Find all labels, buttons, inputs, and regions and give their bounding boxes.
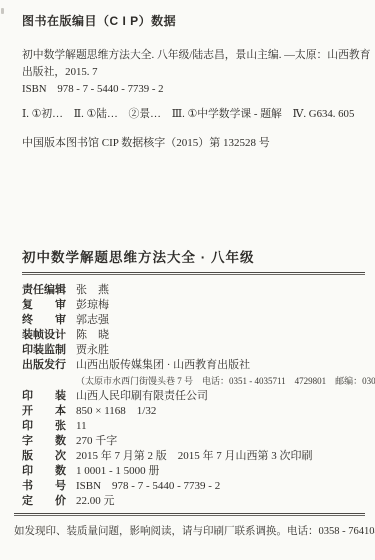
- publishing-label: 字 数: [22, 434, 70, 449]
- cip-record-line1: 初中数学解题思维方法大全. 八年级/陆志昌，景山主编. —太原：山西教育: [22, 47, 365, 64]
- publishing-value: 11: [76, 419, 87, 434]
- staff-label: 终 审: [22, 313, 70, 328]
- publishing-label: 书 号: [22, 479, 70, 494]
- bottom-divider-rule: [14, 513, 365, 516]
- publishing-value: 山西人民印刷有限责任公司: [76, 389, 208, 404]
- publishing-row: 印 数 1 0001 - 1 5000 册: [22, 464, 365, 479]
- publishing-label: 开 本: [22, 404, 70, 419]
- publishing-row: 印 张 11: [22, 419, 365, 434]
- title-divider-rule: [22, 272, 365, 275]
- book-title: 初中数学解题思维方法大全 · 八年级: [22, 246, 365, 266]
- publishing-label: 定 价: [22, 494, 70, 509]
- publishing-value: 山西出版传媒集团 · 山西教育出版社: [76, 358, 250, 373]
- publishing-row: 字 数 270 千字: [22, 434, 365, 449]
- cip-record-line2: 出版社，2015. 7: [22, 64, 365, 81]
- publishing-row: 定 价 22.00 元: [22, 494, 365, 509]
- staff-label: 印装监制: [22, 343, 70, 358]
- staff-row: 终 审 郭志强: [22, 313, 365, 328]
- staff-label: 责任编辑: [22, 283, 70, 298]
- publishing-value: 2015 年 7 月第 2 版 2015 年 7 月山西第 3 次印刷: [76, 449, 313, 464]
- publisher-address-note: （太原市水西门街馒头巷 7 号 电话：0351 - 4035711 472980…: [22, 373, 365, 389]
- publishing-value: ISBN 978 - 7 - 5440 - 7739 - 2: [76, 479, 220, 494]
- staff-row: 装帧设计 陈 晓: [22, 328, 365, 343]
- staff-value: 彭琼梅: [76, 298, 109, 313]
- publishing-label: 版 次: [22, 449, 70, 464]
- staff-value: 贾永胜: [76, 343, 109, 358]
- publishing-row: 印 装 山西人民印刷有限责任公司: [22, 389, 365, 404]
- publishing-label: 印 装: [22, 389, 70, 404]
- publishing-details: 出版发行 山西出版传媒集团 · 山西教育出版社 （太原市水西门街馒头巷 7 号 …: [22, 358, 365, 509]
- staff-label: 复 审: [22, 298, 70, 313]
- staff-credits: 责任编辑 张 燕 复 审 彭琼梅 终 审 郭志强 装帧设计 陈 晓 印装监制 贾…: [22, 283, 365, 358]
- publishing-value: 1 0001 - 1 5000 册: [76, 464, 159, 479]
- cip-registry-line: 中国版本图书馆 CIP 数据核字（2015）第 132528 号: [22, 135, 365, 152]
- cip-record: 初中数学解题思维方法大全. 八年级/陆志昌，景山主编. —太原：山西教育 出版社…: [22, 47, 365, 98]
- cip-header: 图书在版编目（C I P）数据: [22, 12, 365, 29]
- staff-value: 张 燕: [76, 283, 109, 298]
- scan-artifact: [1, 8, 4, 14]
- publishing-label: 印 张: [22, 419, 70, 434]
- staff-label: 装帧设计: [22, 328, 70, 343]
- publishing-row: 版 次 2015 年 7 月第 2 版 2015 年 7 月山西第 3 次印刷: [22, 449, 365, 464]
- publishing-label: 出版发行: [22, 358, 70, 373]
- publishing-value: 850 × 1168 1/32: [76, 404, 156, 419]
- staff-row: 印装监制 贾永胜: [22, 343, 365, 358]
- publishing-value: 270 千字: [76, 434, 117, 449]
- cip-isbn-line: ISBN 978 - 7 - 5440 - 7739 - 2: [22, 81, 365, 98]
- staff-value: 陈 晓: [76, 328, 109, 343]
- staff-value: 郭志强: [76, 313, 109, 328]
- publishing-label: 印 数: [22, 464, 70, 479]
- publishing-value: 22.00 元: [76, 494, 115, 509]
- colophon-page: 图书在版编目（C I P）数据 初中数学解题思维方法大全. 八年级/陆志昌，景山…: [0, 0, 375, 560]
- publishing-row: 开 本 850 × 1168 1/32: [22, 404, 365, 419]
- publishing-row: 出版发行 山西出版传媒集团 · 山西教育出版社: [22, 358, 365, 373]
- cip-classification-line: Ⅰ. ①初… Ⅱ. ①陆… ②景… Ⅲ. ①中学数学课 - 题解 Ⅳ. G634…: [22, 106, 365, 123]
- quality-notice: 如发现印、装质量问题，影响阅读，请与印刷厂联系调换。电话：0358 - 7641…: [14, 524, 365, 539]
- publishing-row: 书 号 ISBN 978 - 7 - 5440 - 7739 - 2: [22, 479, 365, 494]
- staff-row: 责任编辑 张 燕: [22, 283, 365, 298]
- staff-row: 复 审 彭琼梅: [22, 298, 365, 313]
